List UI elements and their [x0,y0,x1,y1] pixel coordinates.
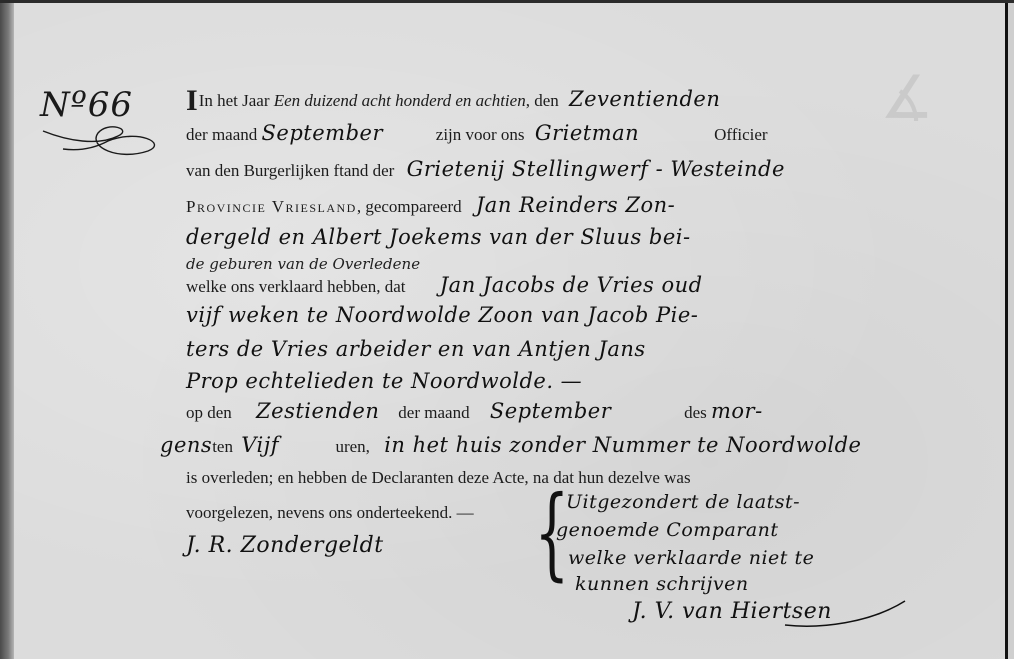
scanned-page: ∡ Nº66 IIn het Jaar Een duizend acht hon… [0,3,1014,659]
form-line-2: der maand September zijn voor ons Grietm… [186,121,768,145]
form-line-3: van den Burgerlijken ftand der Grietenij… [186,157,785,181]
printed-text: des [684,403,707,422]
handwritten-deceased-line-4: Prop echtelieden te Noordwolde. — [186,369,582,393]
form-line-1: IIn het Jaar Een duizend acht honderd en… [186,87,720,113]
drop-cap: I [186,84,198,117]
handwritten-declarants-line: dergeld en Albert Joekems van der Sluus … [186,225,691,249]
annotation-line-4: kunnen schrijven [575,573,749,595]
printed-text: der maand [186,125,257,144]
form-line-12: gensten Vijf uren, in het huis zonder Nu… [160,433,861,457]
handwritten-time-of-day-b: gens [160,433,212,457]
handwritten-declarant-1: Jan Reinders Zon- [476,193,675,217]
bleed-through-mark: ∡ [880,63,970,143]
annotation-line-3: welke verklaarde niet te [568,547,814,569]
form-line-7: welke ons verklaard hebben, dat Jan Jaco… [186,273,703,297]
handwritten-time-of-day-a: mor- [711,399,763,423]
document-viewer: ∡ Nº66 IIn het Jaar Een duizend acht hon… [0,0,1014,659]
printed-text: welke ons verklaard hebben, dat [186,277,406,296]
handwritten-month-registered: September [262,121,432,145]
form-line-13: is overleden; en hebben de Declaranten d… [186,468,691,488]
printed-text: In het Jaar [199,91,270,110]
handwritten-declarants-relation: de geburen van de Overledene [186,255,420,273]
printed-text: van den Burgerlijken ftand der [186,161,394,180]
printed-text: ten [212,437,233,456]
handwritten-month-of-death: September [490,399,680,423]
form-line-11: op den Zestienden der maand September de… [186,399,763,423]
printed-text: zijn voor ons [436,125,525,144]
signature-flourish-icon [780,593,910,633]
record-number: Nº66 [40,85,133,125]
form-line-14: voorgelezen, nevens ons onderteekend. — [186,503,474,523]
annotation-line-2: genoemde Comparant [556,519,779,541]
page-margin-strip [1008,3,1014,659]
handwritten-municipality: Grietenij Stellingwerf - Westeinde [407,157,785,181]
handwritten-deceased-line-3: ters de Vries arbeider en van Antjen Jan… [186,337,646,361]
printed-text: der maand [398,403,469,422]
form-line-4: Provincie Vriesland, gecompareerd Jan Re… [186,193,675,217]
province-text: Provincie Vriesland [186,197,357,216]
annotation-line-1: Uitgezondert de laatst- [566,491,800,513]
year-text: Een duizend acht honderd en achtien [274,91,526,110]
printed-text: uren, [335,437,369,456]
signature-declarant: J. R. Zondergeldt [186,533,384,558]
handwritten-day-of-death: Zestienden [256,399,394,423]
handwritten-day-registered: Zeventienden [569,87,720,111]
handwritten-place-of-death: in het huis zonder Nummer te Noordwolde [384,433,861,457]
handwritten-hour: Vijf [241,433,331,457]
printed-text: Officier [714,125,768,144]
printed-text: op den [186,403,232,422]
record-number-flourish-icon [38,121,168,171]
handwritten-deceased-name: Jan Jacobs de Vries oud [440,273,703,297]
handwritten-deceased-line-2: vijf weken te Noordwolde Zoon van Jacob … [186,303,698,327]
printed-text: , den [526,91,559,110]
printed-text: , gecompareerd [357,197,462,216]
page-binding-edge [0,3,14,659]
handwritten-official-title: Grietman [535,121,710,145]
